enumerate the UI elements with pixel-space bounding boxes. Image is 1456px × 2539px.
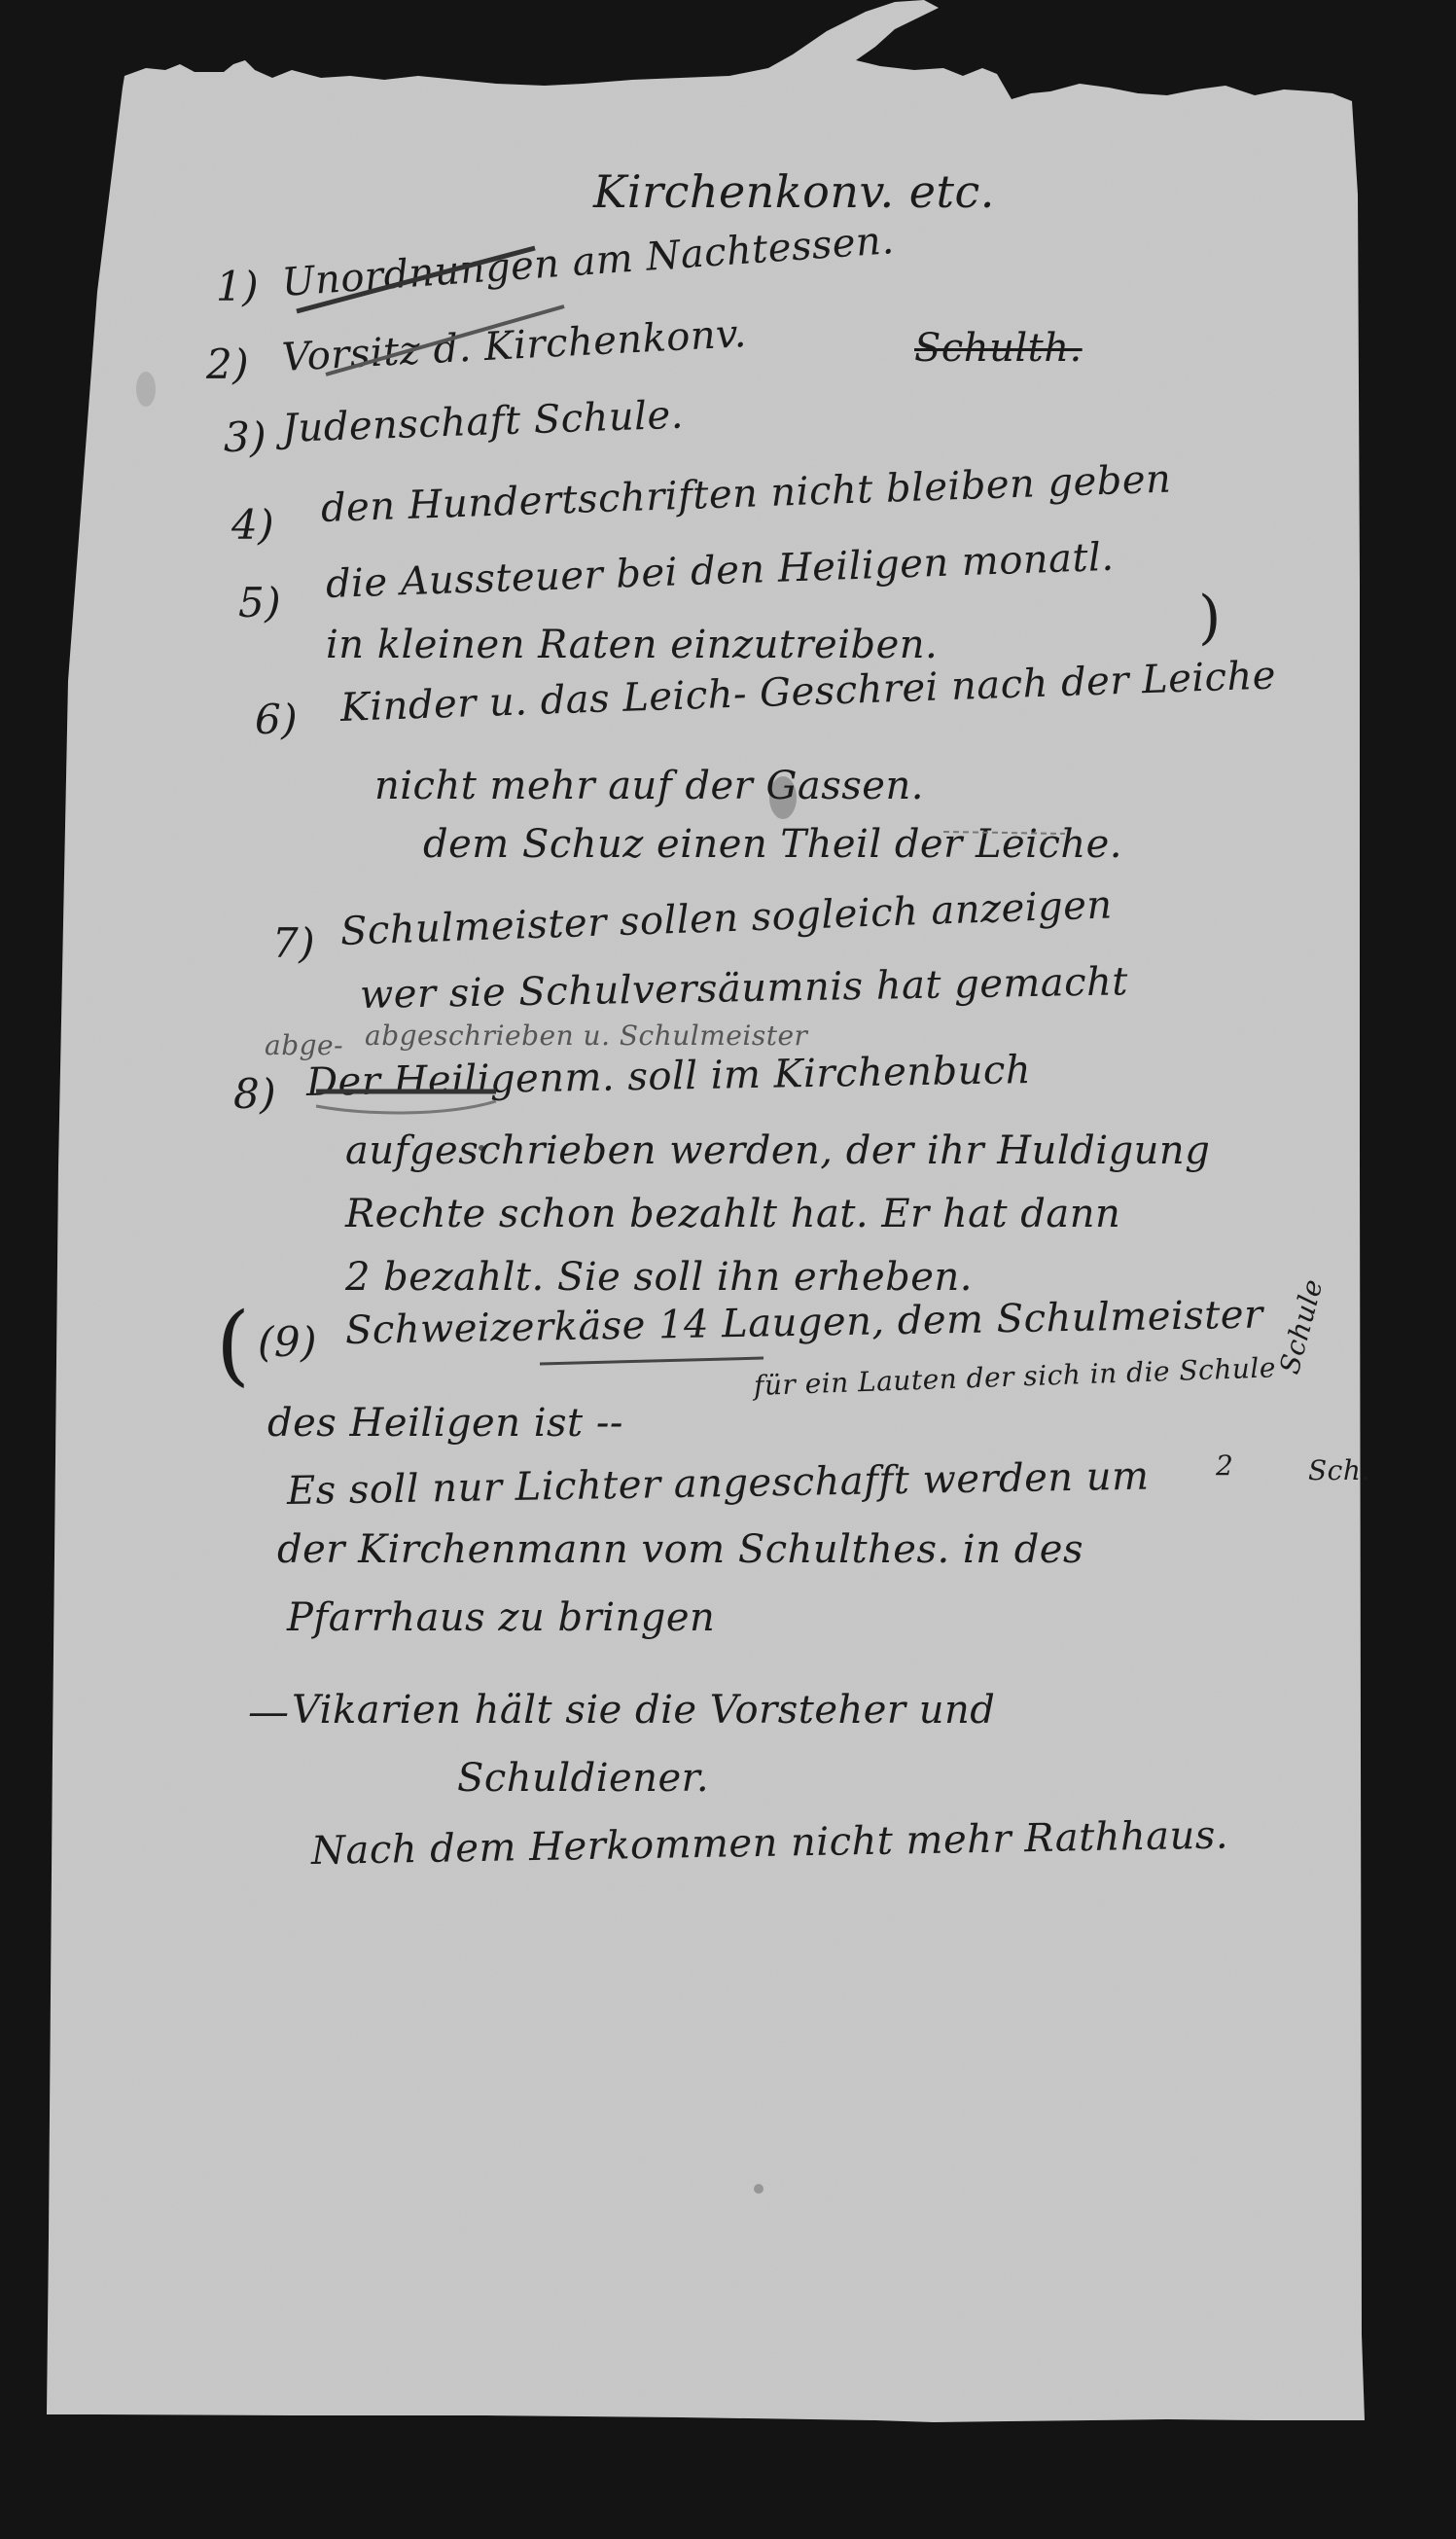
item-number: 6) [255, 696, 298, 743]
item-number: 1) [216, 263, 259, 310]
item-number: 4) [231, 501, 274, 549]
item-number: 2) [206, 340, 249, 388]
item-8-line-4: 2 bezahlt. Sie soll ihn erheben. [345, 1255, 973, 1300]
item-number: 5) [238, 579, 281, 626]
underline-stroke [535, 1352, 768, 1372]
item-number: 8) [233, 1070, 276, 1118]
interlinear-insertion: abgeschrieben u. Schulmeister [365, 1019, 807, 1052]
bracket-mark: ( [216, 1294, 250, 1396]
strikethrough-stroke [321, 302, 574, 379]
item-dash: — [248, 1688, 290, 1735]
item-6-line-2: nicht mehr auf der Gassen. [374, 764, 924, 808]
manuscript-page: Kirchenkonv. etc. 1) Unordnungen am Nach… [0, 0, 1456, 2539]
item-number: 3) [224, 413, 266, 461]
item-number: 7) [272, 919, 315, 967]
dash-mark [939, 822, 1075, 841]
stain [136, 372, 156, 407]
item-number: (9) [258, 1318, 317, 1366]
item-9-line-5: Pfarrhaus zu bringen [287, 1595, 715, 1640]
bracket-mark: ) [1198, 584, 1221, 652]
item-9-line-2: des Heiligen ist -- [267, 1401, 623, 1446]
margin-note: 2 [1216, 1449, 1233, 1482]
item-9-line-4: der Kirchenmann vom Schulthes. in des [277, 1527, 1083, 1572]
item-10-line-1: Vikarien hält sie die Vorsteher und [292, 1688, 995, 1733]
item-8-line-2: aufgeschrieben werden, der ihr Huldigung [345, 1128, 1210, 1173]
strikethrough-stroke [311, 1082, 506, 1121]
page-title: Kirchenkonv. etc. [593, 165, 995, 218]
item-8-line-3: Rechte schon bezahlt hat. Er hat dann [345, 1192, 1120, 1236]
interlinear-insertion: abge- [265, 1029, 343, 1061]
item-10-line-2: Schuldiener. [457, 1756, 709, 1801]
struck-text: Schulth. [914, 326, 1083, 371]
item-5-line-2: in kleinen Raten einzutreiben. [326, 623, 938, 667]
margin-note: Sch. [1308, 1454, 1370, 1486]
